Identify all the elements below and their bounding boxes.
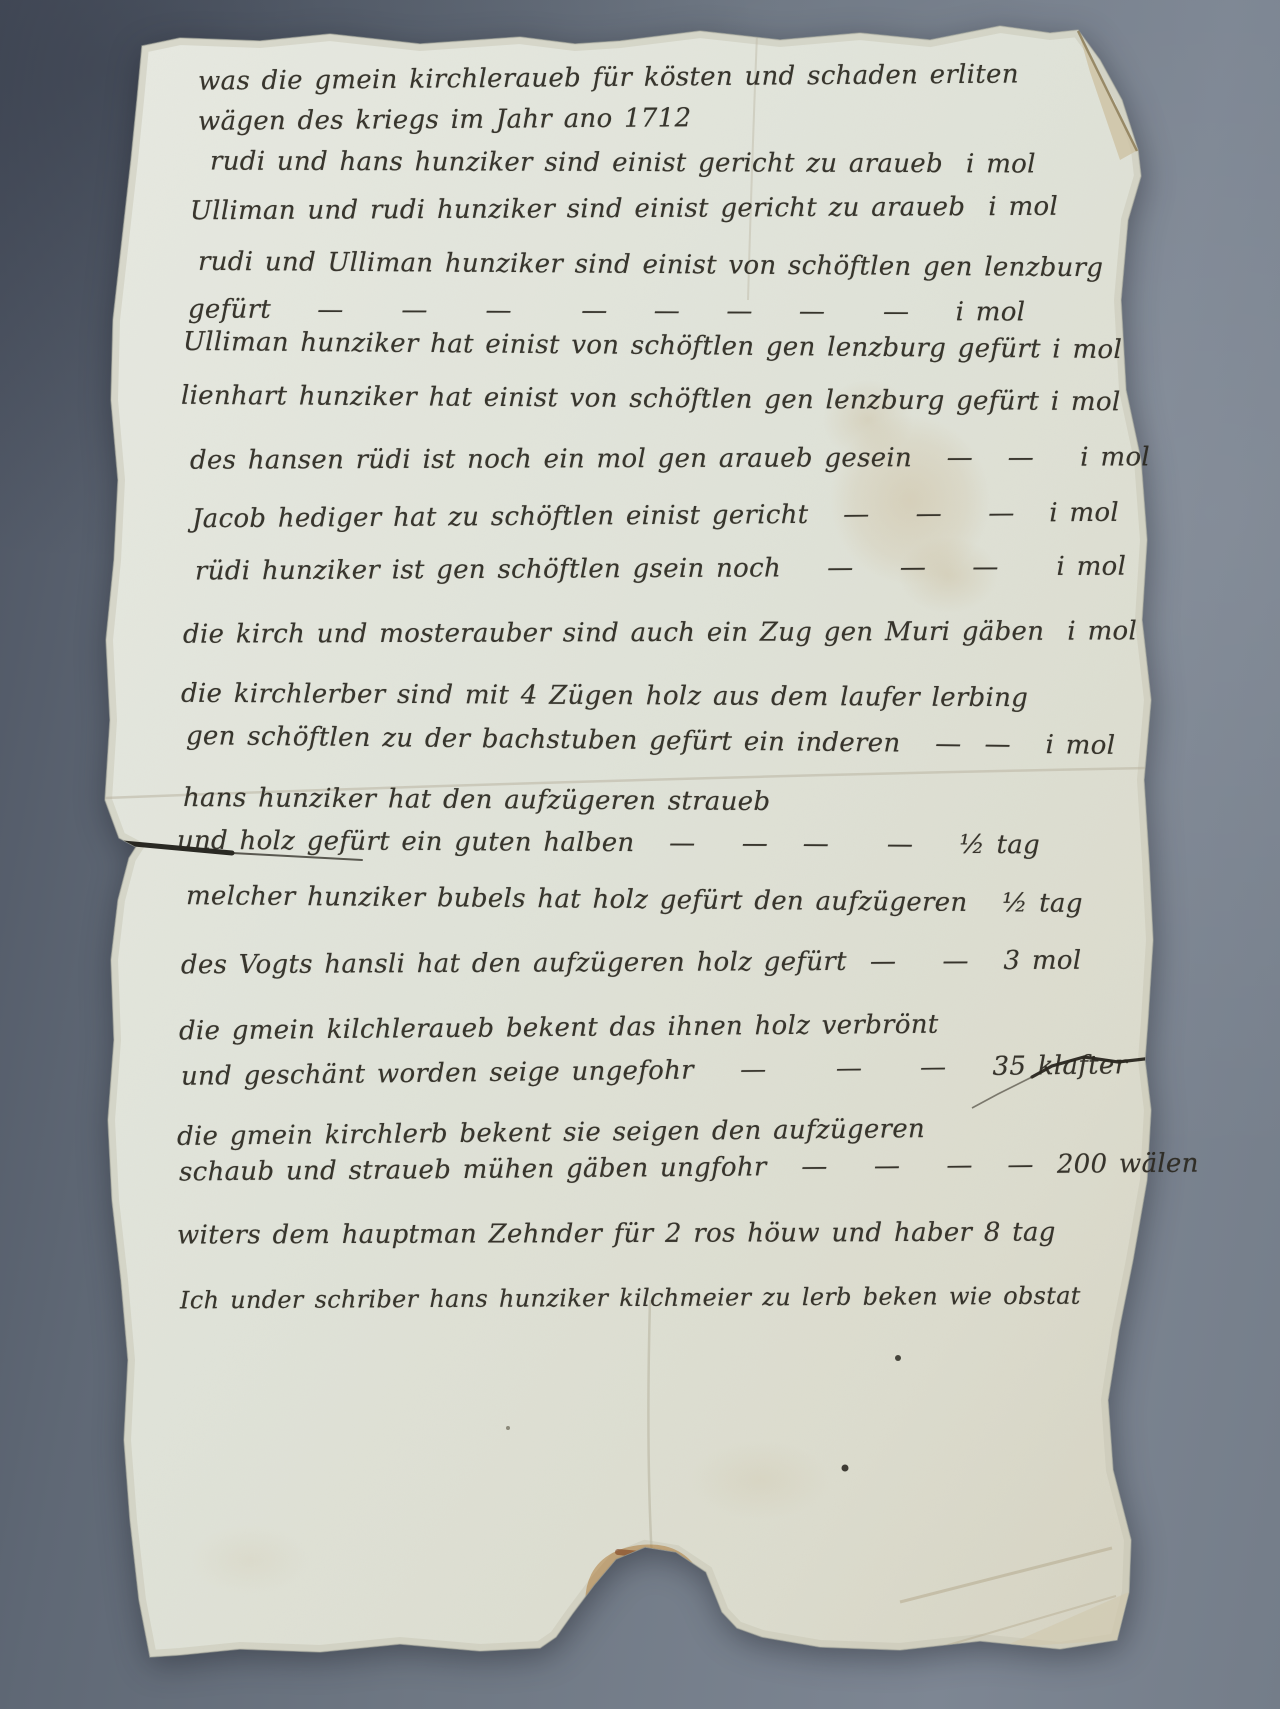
manuscript-line: die gmein kirchlerb bekent sie seigen de… <box>177 1113 925 1153</box>
manuscript-line: witers dem hauptman Zehnder für 2 ros hö… <box>177 1216 1056 1251</box>
manuscript-line: gefürt — — — — — — — — i mol <box>188 294 1025 329</box>
manuscript-line: Ich under schriber hans hunziker kilchme… <box>180 1280 1081 1317</box>
manuscript-line: Ulliman und rudi hunziker sind einist ge… <box>190 191 1058 228</box>
manuscript-line: melcher hunziker bubels hat holz gefürt … <box>186 880 1083 920</box>
photo-background: was die gmein kirchleraueb für kösten un… <box>0 0 1280 1709</box>
manuscript-line: und geschänt worden seige ungefohr — — —… <box>181 1049 1128 1093</box>
manuscript-line: rüdi hunziker ist gen schöftlen gsein no… <box>195 551 1126 588</box>
manuscript-line: die kirch und mosterauber sind auch ein … <box>183 615 1137 650</box>
manuscript-line: rudi und hans hunziker sind einist geric… <box>210 146 1036 181</box>
manuscript-line: schaub und straueb mühen gäben ungfohr —… <box>179 1148 1199 1189</box>
manuscript-line: lienhart hunziker hat einist von schöftl… <box>181 380 1121 419</box>
manuscript-line: gen schöftlen zu der bachstuben gefürt e… <box>186 720 1116 762</box>
manuscript-text: was die gmein kirchleraueb für kösten un… <box>0 0 1280 1709</box>
manuscript-line: Jacob hediger hat zu schöftlen einist ge… <box>192 497 1119 535</box>
manuscript-line: rudi und Ulliman hunziker sind einist vo… <box>198 246 1104 284</box>
manuscript-line: wägen des kriegs im Jahr ano 1712 <box>198 102 692 137</box>
manuscript-line: und holz gefürt ein guten halben — — — —… <box>177 825 1040 862</box>
manuscript-line: die gmein kilchleraueb bekent das ihnen … <box>179 1009 939 1048</box>
manuscript-line: hans hunziker hat den aufzügeren straueb <box>183 782 771 818</box>
manuscript-line: Ulliman hunziker hat einist von schöftle… <box>183 326 1122 366</box>
manuscript-line: des Vogts hansli hat den aufzügeren holz… <box>181 945 1082 982</box>
manuscript-line: was die gmein kirchleraueb für kösten un… <box>198 58 1019 97</box>
manuscript-line: die kirchlerber sind mit 4 Zügen holz au… <box>181 678 1028 714</box>
manuscript-line: des hansen rüdi ist noch ein mol gen ara… <box>190 441 1150 476</box>
